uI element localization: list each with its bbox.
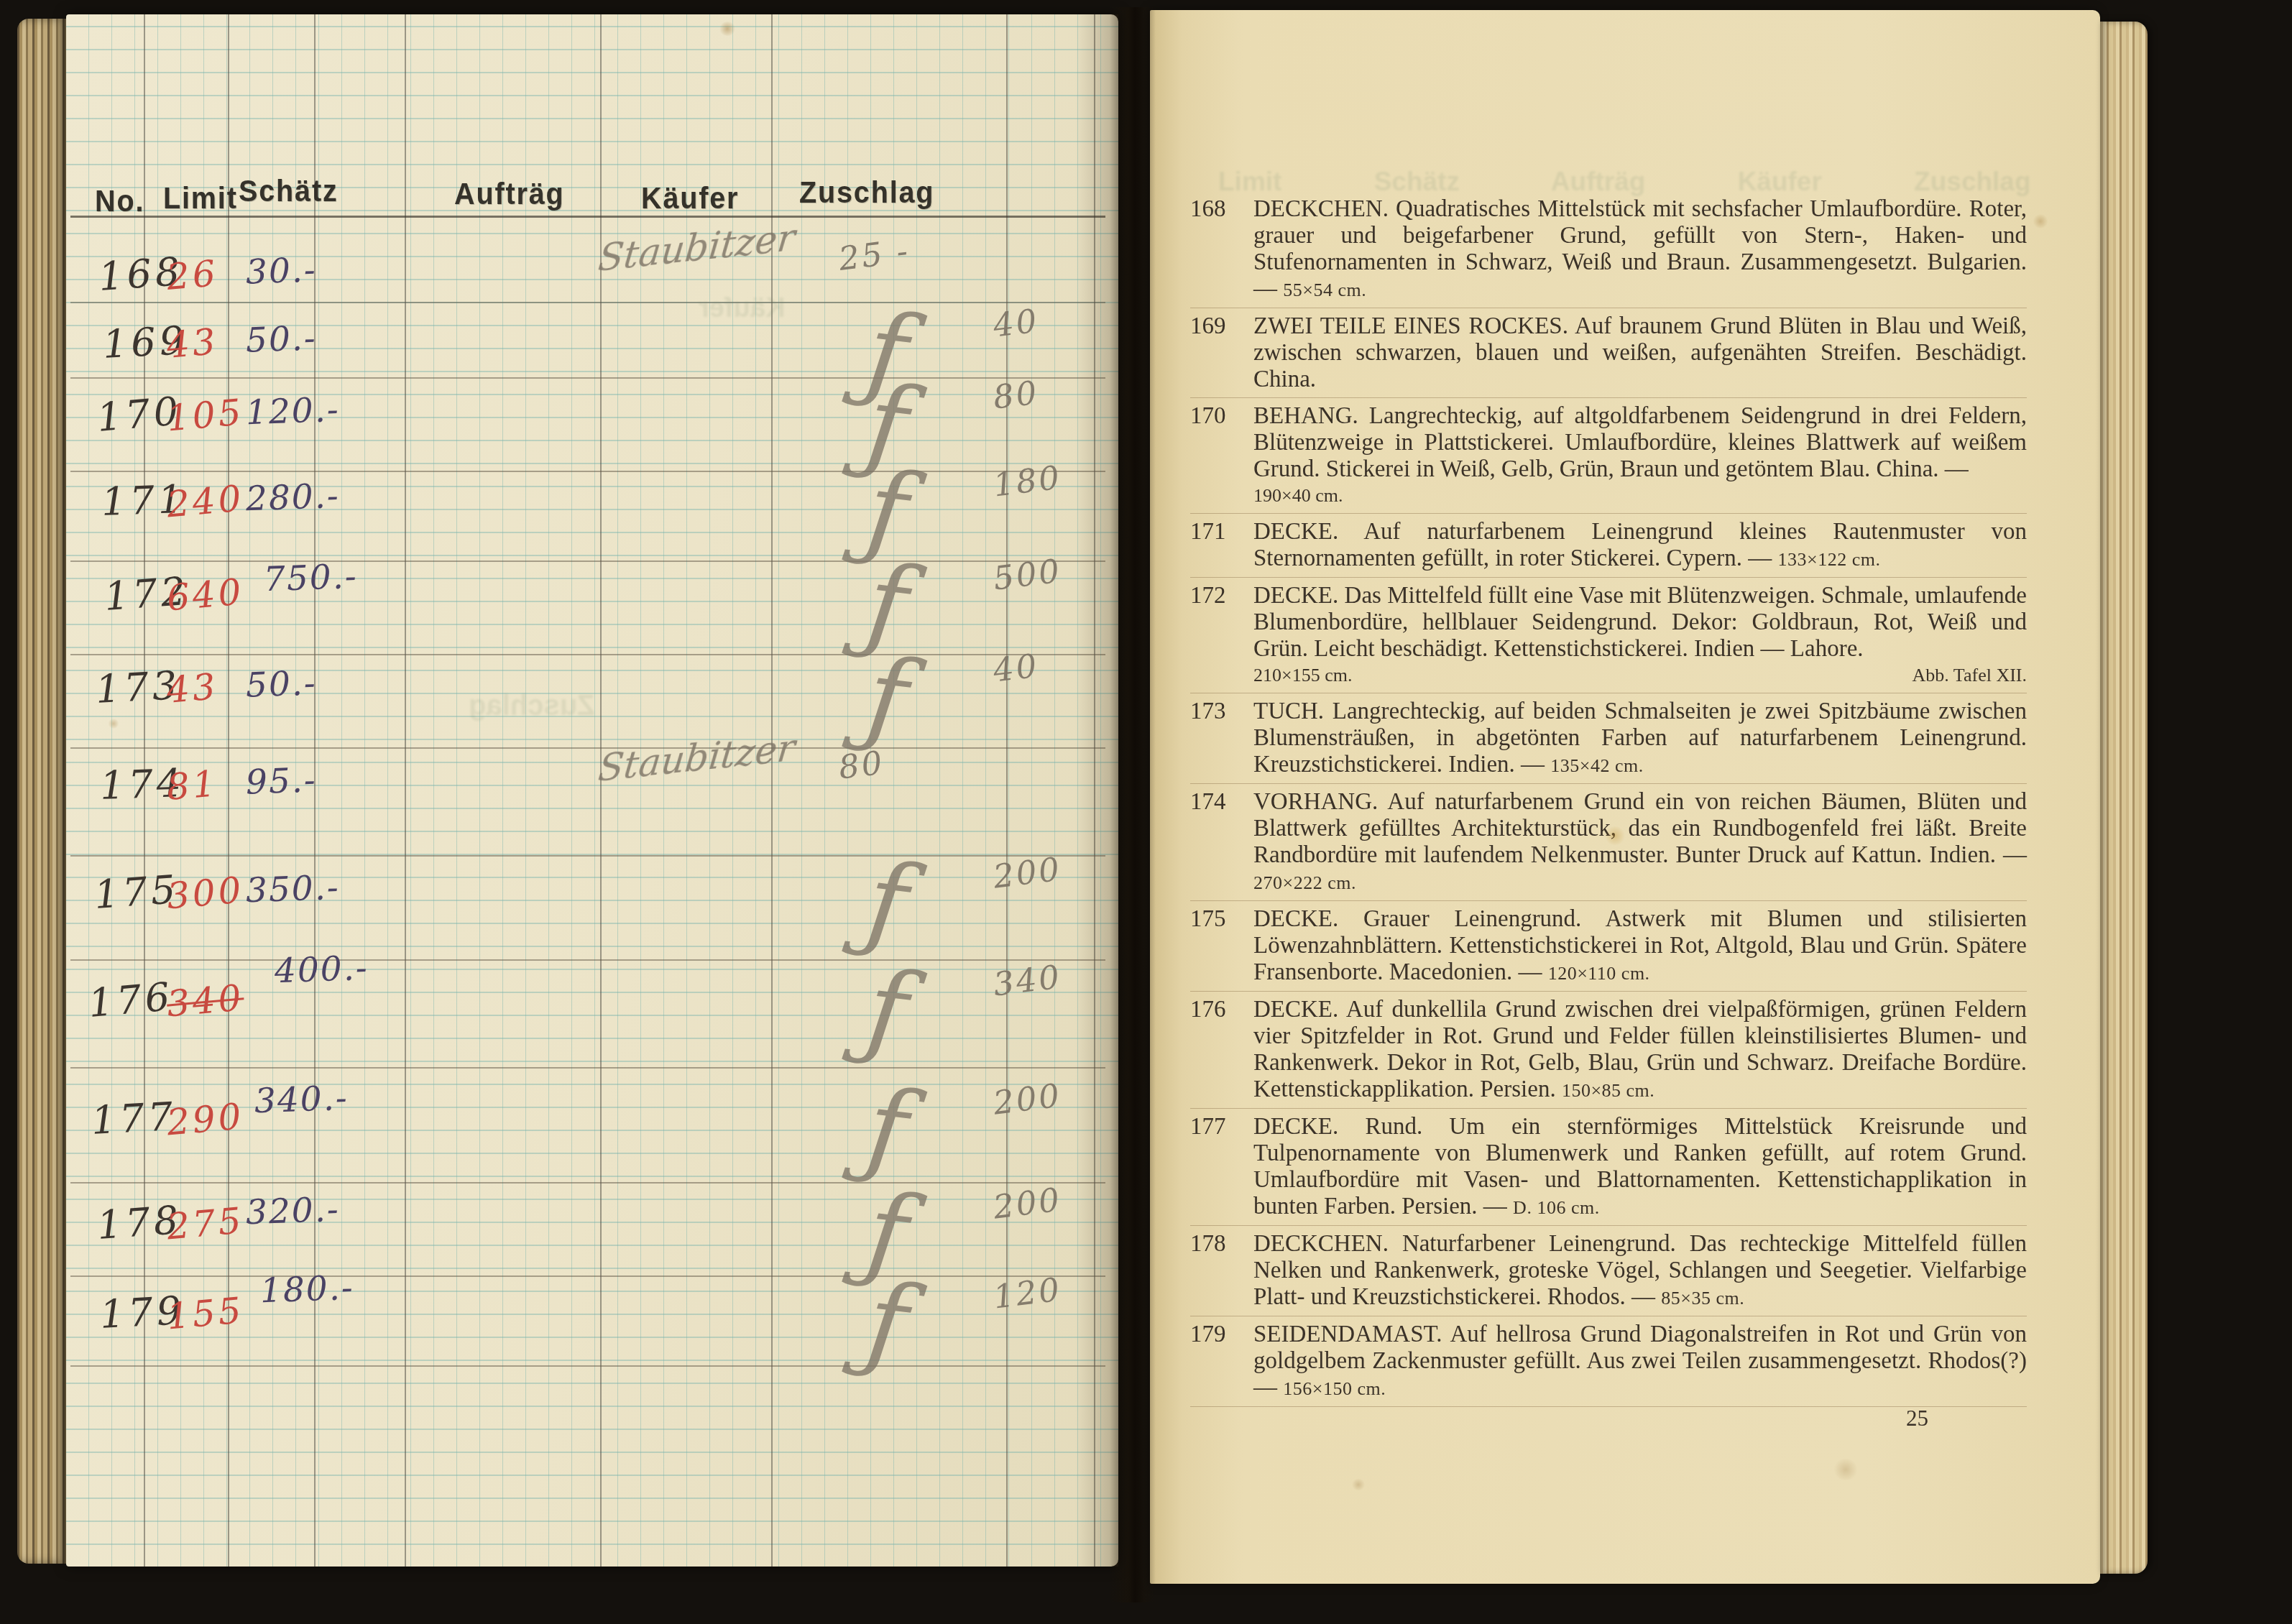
ledger-cell-schaetz: 320.- <box>245 1190 340 1233</box>
catalog-entry: 177DECKE. Rund. Um ein sternförmiges Mit… <box>1190 1109 2027 1226</box>
catalog-entry-text: VORHANG. Auf naturfarbenem Grund ein von… <box>1253 789 2027 896</box>
catalog-entry-description: DECKE. Auf naturfarbenem Leinengrund kle… <box>1253 519 2027 571</box>
catalog-entry-text: DECKCHEN. Naturfarbener Leinengrund. Das… <box>1253 1231 2027 1311</box>
ledger-cell-schaetz: 280.- <box>245 476 340 520</box>
ledger-column-line <box>1094 14 1095 1567</box>
catalog-entry-dimensions: 135×42 cm. <box>1550 755 1643 776</box>
ledger-cell-zuschlag: 40 <box>991 646 1041 689</box>
catalog-entry-dimensions-line: 190×40 cm. <box>1253 483 2027 509</box>
catalog-entry: 173TUCH. Langrechteckig, auf beiden Schm… <box>1190 693 2027 784</box>
catalog-entry-description: DECKE. Das Mittelfeld füllt eine Vase mi… <box>1253 583 2027 662</box>
ledger-header-stamp-no: No. <box>95 184 144 218</box>
catalog-entry-description: ZWEI TEILE EINES ROCKES. Auf braunem Gru… <box>1253 313 2027 392</box>
catalog-entry-description: DECKE. Rund. Um ein sternförmiges Mittel… <box>1253 1114 2027 1219</box>
catalog-entry-dimensions: 133×122 cm. <box>1777 549 1880 570</box>
catalog-entry-text: DECKE. Rund. Um ein sternförmiges Mittel… <box>1253 1114 2027 1221</box>
bleed-through-word: Zuschlag <box>469 690 595 722</box>
ledger-row-line <box>70 302 1105 303</box>
catalog-entry-description: DECKCHEN. Naturfarbener Leinengrund. Das… <box>1253 1231 2027 1310</box>
ledger-cell-no: 177 <box>90 1094 177 1143</box>
ledger-row-line <box>70 1365 1105 1367</box>
catalog-page: Limit Schätz Aufträg Käufer Zuschlag 168… <box>1150 10 2100 1584</box>
catalog-entry-number: 169 <box>1190 313 1253 393</box>
catalog-entry: 171DECKE. Auf naturfarbenem Leinengrund … <box>1190 514 2027 578</box>
catalog-entry-description: BEHANG. Langrechteckig, auf altgoldfarbe… <box>1253 403 2027 482</box>
ledger-cell-schaetz: 340.- <box>254 1079 349 1122</box>
catalog-entry: 170BEHANG. Langrechteckig, auf altgoldfa… <box>1190 398 2027 514</box>
catalog-entry-number: 171 <box>1190 519 1253 573</box>
catalog-entry: 179SEIDENDAMAST. Auf hellrosa Grund Diag… <box>1190 1316 2027 1407</box>
ledger-cell-limit: 81 <box>165 762 220 808</box>
catalog-entry-text: BEHANG. Langrechteckig, auf altgoldfarbe… <box>1253 403 2027 509</box>
ledger-cell-no: 176 <box>86 974 175 1026</box>
ledger-zuschlag-flourish: ƒ <box>862 961 913 1061</box>
ledger-cell-schaetz: 95.- <box>245 760 318 802</box>
page-number: 25 <box>1906 1406 1928 1431</box>
ledger-header-stamp-zuschlag: Zuschlag <box>799 175 934 210</box>
catalog-entry-text: DECKE. Das Mittelfeld füllt eine Vase mi… <box>1253 583 2027 688</box>
ledger-zuschlag-flourish: ƒ <box>862 853 913 953</box>
catalog-entry-text: TUCH. Langrechteckig, auf beiden Schmals… <box>1253 698 2027 779</box>
ledger-cell-zuschlag: 120 <box>991 1270 1064 1316</box>
catalog-entry-number: 178 <box>1190 1231 1253 1311</box>
ledger-cell-zuschlag: 80 <box>991 373 1041 416</box>
catalog-entry-description: DECKCHEN. Quadratisches Mittelstück mit … <box>1253 196 2027 302</box>
catalog-entry-text: DECKE. Auf dunkellila Grund zwischen dre… <box>1253 997 2027 1104</box>
ledger-row-line <box>70 654 1105 655</box>
ledger-cell-zuschlag: 180 <box>991 458 1064 504</box>
catalog-entry-text: SEIDENDAMAST. Auf hellrosa Grund Diagona… <box>1253 1321 2027 1402</box>
ledger-cell-limit: 290 <box>165 1095 246 1143</box>
ledger-row-line <box>70 1182 1105 1184</box>
catalog-entry: 175DECKE. Grauer Leinengrund. Astwerk mi… <box>1190 901 2027 992</box>
ledger-cell-limit: 300 <box>165 869 246 917</box>
ledger-cell-zuschlag: 40 <box>991 301 1041 344</box>
catalog-entry-dimensions: 270×222 cm. <box>1253 872 1356 893</box>
ledger-cell-zuschlag: 25 - <box>837 231 912 278</box>
catalog-entry: 169ZWEI TEILE EINES ROCKES. Auf braunem … <box>1190 308 2027 398</box>
catalog-entry-text: DECKE. Grauer Leinengrund. Astwerk mit B… <box>1253 906 2027 987</box>
catalog-entry-dimensions: D. 106 cm. <box>1513 1197 1600 1218</box>
ledger-row-line <box>70 855 1105 857</box>
catalog-entry-number: 175 <box>1190 906 1253 987</box>
book-gutter-shadow <box>1110 7 1156 1602</box>
catalog-entry-text: ZWEI TEILE EINES ROCKES. Auf braunem Gru… <box>1253 313 2027 393</box>
catalog-entry: 174VORHANG. Auf naturfarbenem Grund ein … <box>1190 784 2027 901</box>
ledger-cell-schaetz: 50.- <box>245 663 318 705</box>
catalog-entry-dimensions: 85×35 cm. <box>1661 1288 1744 1309</box>
ledger-row-line <box>70 1275 1105 1277</box>
ledger-cell-schaetz: 180.- <box>259 1268 354 1311</box>
ledger-row-line <box>70 377 1105 379</box>
ledger-cell-limit: 275 <box>165 1199 246 1247</box>
ledger-cell-zuschlag: 340 <box>991 957 1064 1003</box>
ledger-cell-limit: 26 <box>165 252 220 298</box>
ledger-cell-limit: 240 <box>165 477 246 525</box>
catalog-entry-list: 168DECKCHEN. Quadratisches Mittelstück m… <box>1190 191 2027 1407</box>
catalog-entry-dimensions: 190×40 cm. <box>1253 485 1343 506</box>
ledger-cell-zuschlag: 200 <box>991 1076 1064 1122</box>
ledger-header-stamp-schtz: Schätz <box>239 174 339 208</box>
catalog-entry: 176DECKE. Auf dunkellila Grund zwischen … <box>1190 992 2027 1109</box>
ledger-cell-schaetz: 50.- <box>245 318 318 360</box>
ledger-header-stamp-auftrg: Aufträg <box>454 177 565 211</box>
catalog-entry-number: 174 <box>1190 789 1253 896</box>
open-auction-ledger-book: No.LimitSchätzAufträgKäuferZuschlagZusch… <box>0 0 2292 1624</box>
ledger-header-rule <box>70 216 1105 218</box>
ledger-cell-schaetz: 350.- <box>245 868 340 911</box>
catalog-entry-number: 172 <box>1190 583 1253 688</box>
ledger-cell-zuschlag: 200 <box>991 849 1064 895</box>
catalog-entry-text: DECKCHEN. Quadratisches Mittelstück mit … <box>1253 196 2027 303</box>
ledger-zuschlag-flourish: ƒ <box>862 1079 913 1179</box>
bleed-through-word: Käufer <box>699 293 785 324</box>
ledger-cell-limit: 43 <box>165 320 220 366</box>
catalog-entry-text: DECKE. Auf naturfarbenem Leinengrund kle… <box>1253 519 2027 573</box>
catalog-entry-number: 177 <box>1190 1114 1253 1221</box>
catalog-entry-dimensions-line: Abb. Tafel XII.210×155 cm. <box>1253 663 2027 688</box>
left-page-stack-edge <box>17 19 68 1564</box>
catalog-entry-number: 170 <box>1190 403 1253 509</box>
ledger-row-line <box>70 560 1105 562</box>
ledger-cell-limit: 105 <box>165 391 246 439</box>
ledger-cell-schaetz: 120.- <box>245 390 340 433</box>
ledger-cell-zuschlag: 80 <box>837 743 886 786</box>
ledger-header-stamp-limit: Limit <box>163 181 238 216</box>
catalog-entry-plate-reference: Abb. Tafel XII. <box>1913 663 2027 688</box>
ledger-cell-schaetz: 30.- <box>245 250 318 292</box>
catalog-entry: 178DECKCHEN. Naturfarbener Leinengrund. … <box>1190 1226 2027 1316</box>
ledger-cell-kaeufer-signature: Staubitzer <box>597 726 798 790</box>
ledger-cell-limit: 43 <box>165 665 220 711</box>
ledger-page: No.LimitSchätzAufträgKäuferZuschlagZusch… <box>66 14 1118 1567</box>
ledger-cell-zuschlag: 500 <box>991 551 1064 597</box>
catalog-entry-number: 176 <box>1190 997 1253 1104</box>
catalog-entry-dimensions: 150×85 cm. <box>1562 1080 1654 1101</box>
catalog-entry-dimensions: 55×54 cm. <box>1283 280 1366 300</box>
ledger-cell-schaetz: 750.- <box>263 557 358 600</box>
catalog-entry-number: 179 <box>1190 1321 1253 1402</box>
ledger-cell-kaeufer-signature: Staubitzer <box>597 216 798 280</box>
ledger-row-line <box>70 1067 1105 1069</box>
catalog-entry-description: VORHANG. Auf naturfarbenem Grund ein von… <box>1253 789 2027 868</box>
catalog-entry-number: 168 <box>1190 196 1253 303</box>
catalog-entry-number: 173 <box>1190 698 1253 779</box>
catalog-entry-dimensions: 210×155 cm. <box>1253 665 1352 686</box>
catalog-entry-dimensions: 120×110 cm. <box>1548 963 1650 984</box>
ledger-column-line <box>405 14 406 1567</box>
catalog-entry-dimensions: 156×150 cm. <box>1283 1378 1386 1399</box>
ledger-column-line <box>228 14 229 1567</box>
ledger-row-line <box>70 959 1105 961</box>
ledger-row-line <box>70 471 1105 472</box>
right-page-stack-edge <box>2100 22 2148 1574</box>
catalog-entry: 168DECKCHEN. Quadratisches Mittelstück m… <box>1190 191 2027 308</box>
ledger-cell-limit: 640 <box>165 571 246 619</box>
ledger-header-stamp-kufer: Käufer <box>641 181 739 216</box>
ledger-row-line <box>70 747 1105 749</box>
catalog-entry: 172DECKE. Das Mittelfeld füllt eine Vase… <box>1190 578 2027 693</box>
ledger-cell-schaetz: 400.- <box>274 949 369 992</box>
ledger-cell-zuschlag: 200 <box>991 1180 1064 1226</box>
ledger-cell-limit: 155 <box>165 1289 246 1337</box>
ledger-cell-limit: 340 <box>165 977 246 1025</box>
ledger-column-line <box>1006 14 1008 1567</box>
